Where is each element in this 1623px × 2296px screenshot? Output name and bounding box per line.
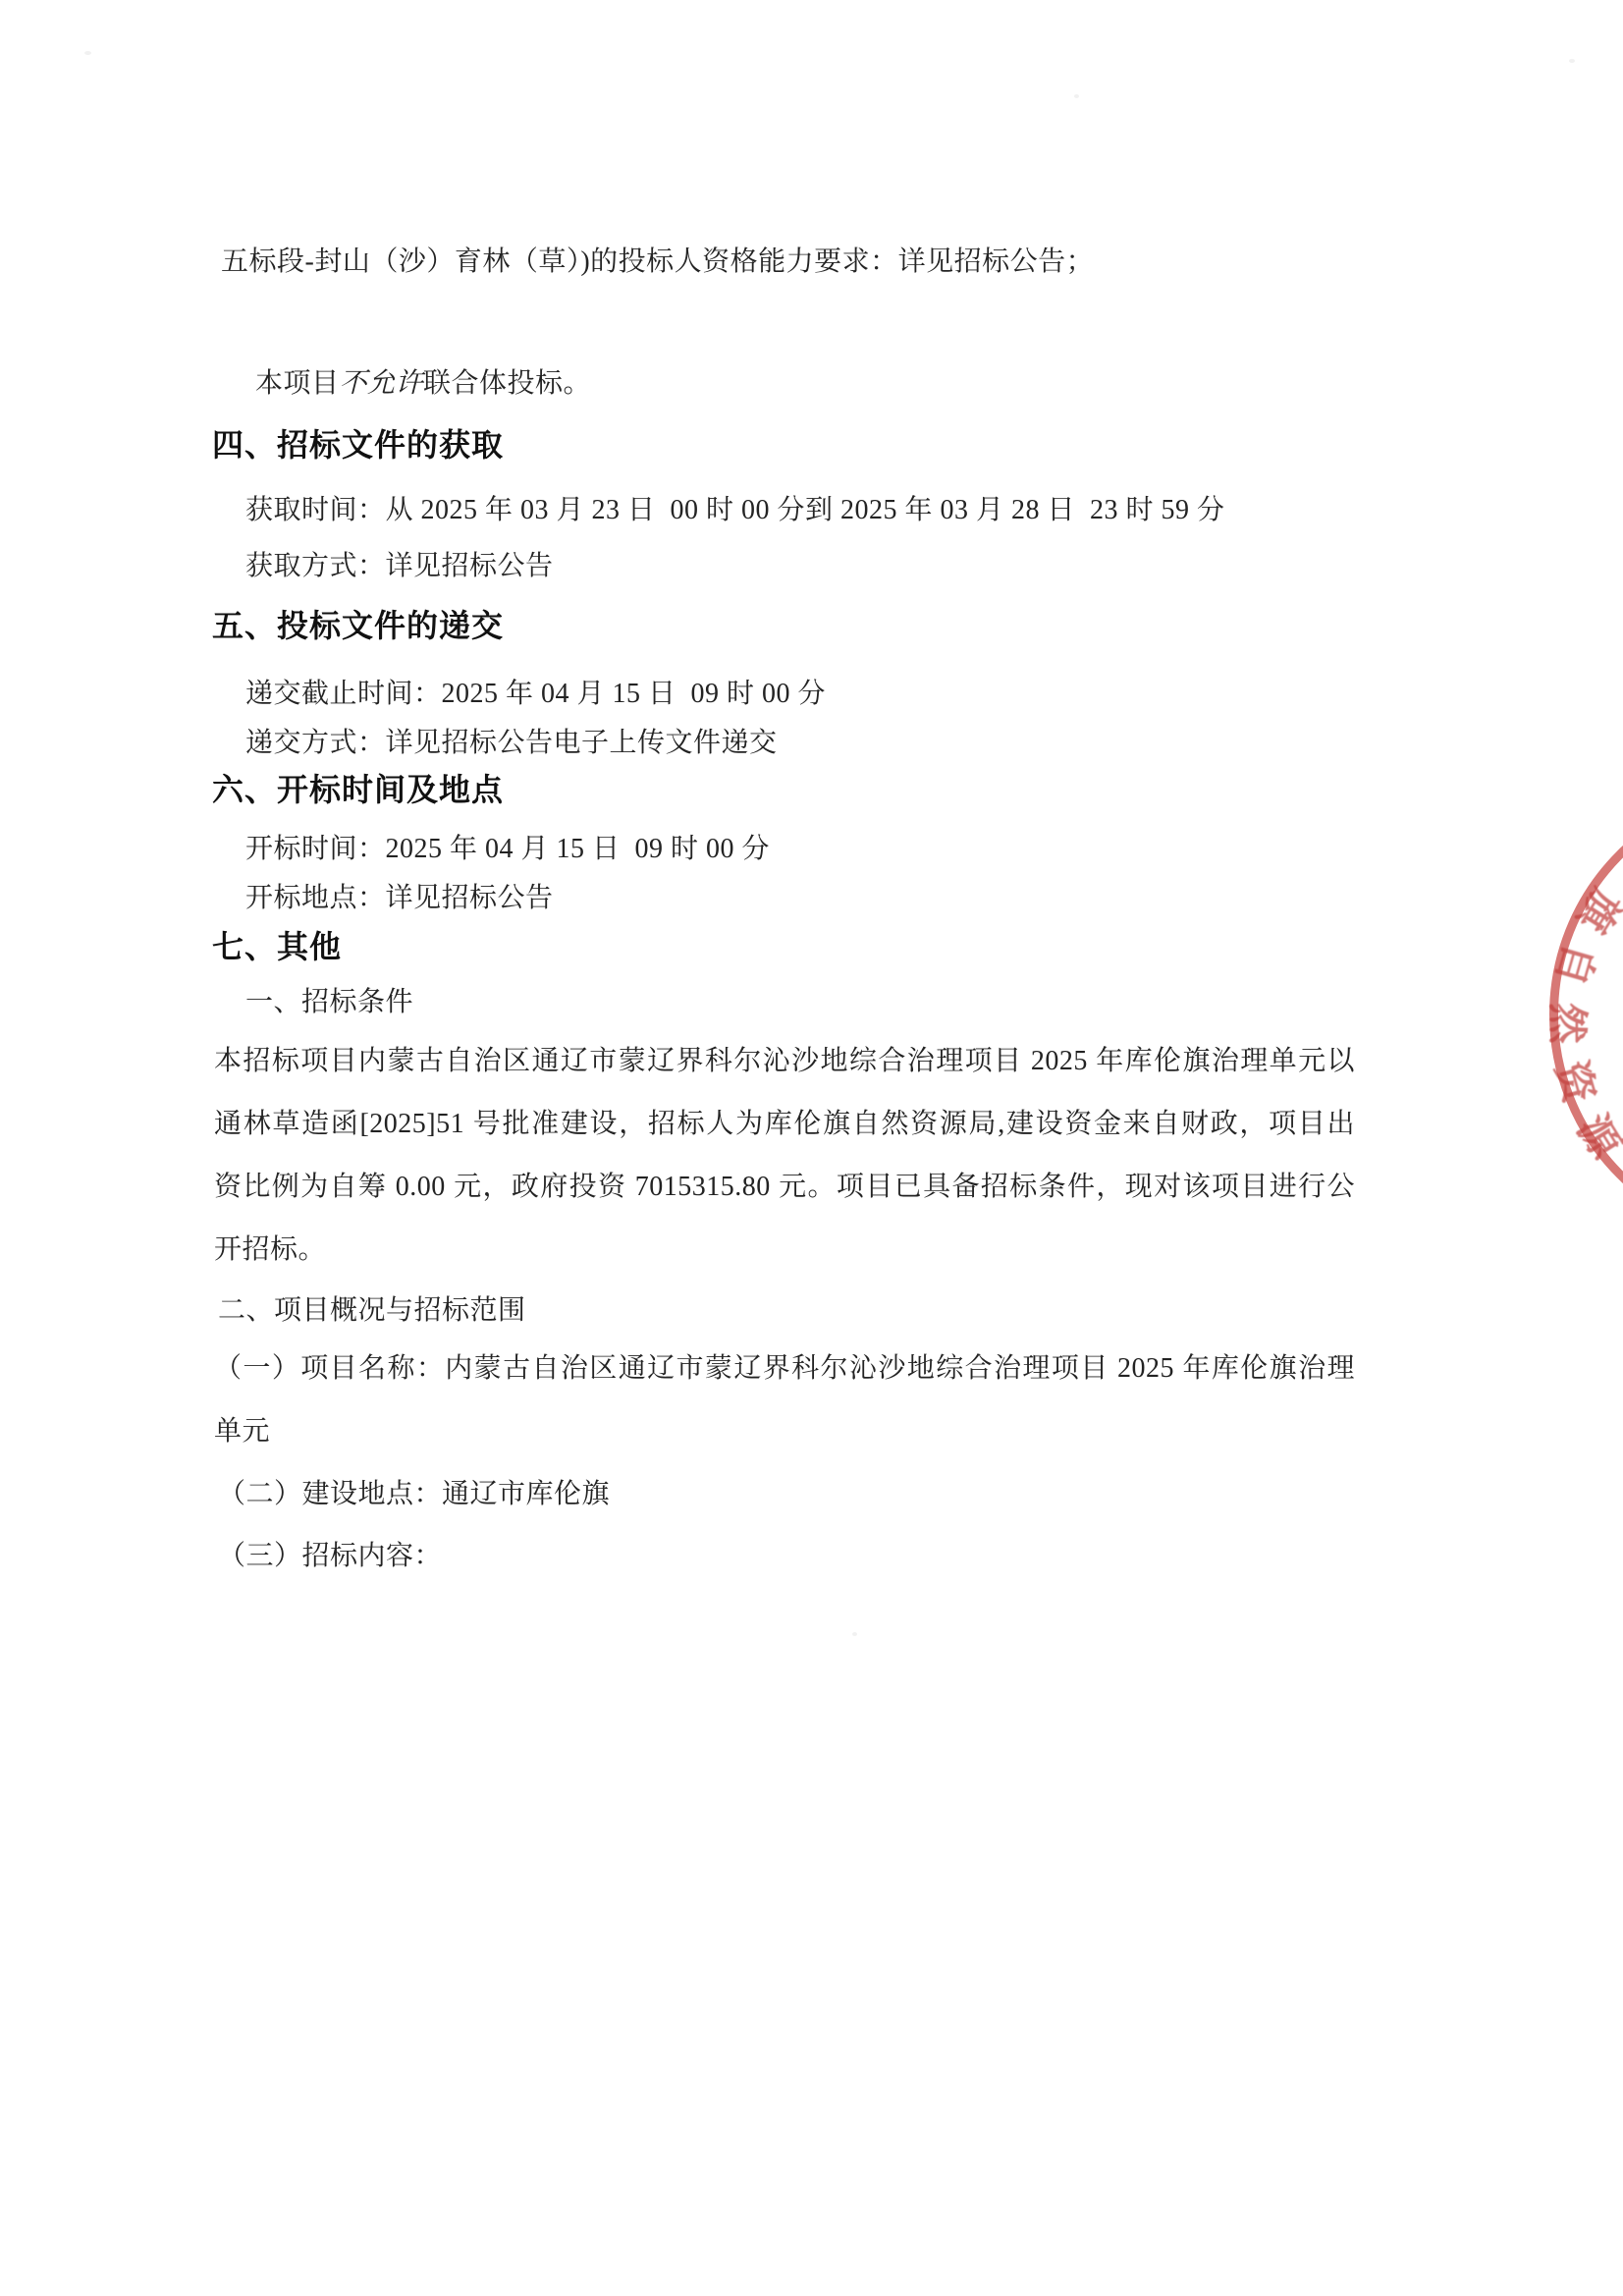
- joint-venture-statement: 本项目不允许联合体投标。: [255, 368, 591, 400]
- project-name-line-2: 单元: [214, 1400, 1355, 1463]
- obtain-method-line: 获取方式：详见招标公告: [245, 551, 554, 582]
- submission-deadline-line: 递交截止时间：2025 年 04 月 15 日 09 时 00 分: [245, 679, 826, 710]
- opening-place-line: 开标地点：详见招标公告: [245, 883, 554, 914]
- condition-line-2: 通林草造函[2025]51 号批准建设，招标人为库伦旗自然资源局,建设资金来自财…: [214, 1093, 1355, 1156]
- joint-venture-prefix: 本项目: [255, 368, 340, 399]
- bid-section-qualification-line: 五标段-封山（沙）育林（草）)的投标人资格能力要求：详见招标公告；: [221, 246, 1094, 278]
- section-heading-7: 七、其他: [212, 930, 342, 964]
- opening-time-line: 开标时间：2025 年 04 月 15 日 09 时 00 分: [245, 834, 770, 865]
- section-heading-4: 四、招标文件的获取: [212, 428, 504, 463]
- project-name-line-1: （一）项目名称：内蒙古自治区通辽市蒙辽界科尔沁沙地综合治理项目 2025 年库伦…: [214, 1338, 1355, 1400]
- section-heading-6: 六、开标时间及地点: [212, 773, 504, 807]
- scan-speck: [1569, 59, 1575, 63]
- condition-line-1: 本招标项目内蒙古自治区通辽市蒙辽界科尔沁沙地综合治理项目 2025 年库伦旗治理…: [214, 1030, 1355, 1093]
- condition-line-3: 资比例为自筹 0.00 元，政府投资 7015315.80 元。项目已具备招标条…: [214, 1156, 1355, 1219]
- submission-method-line: 递交方式：详见招标公告电子上传文件递交: [245, 728, 778, 759]
- project-name-paragraph: （一）项目名称：内蒙古自治区通辽市蒙辽界科尔沁沙地综合治理项目 2025 年库伦…: [214, 1338, 1355, 1463]
- project-overview-heading: 二、项目概况与招标范围: [218, 1295, 526, 1327]
- obtain-time-line: 获取时间：从 2025 年 03 月 23 日 00 时 00 分到 2025 …: [245, 495, 1225, 526]
- scanned-tender-document-page: 五标段-封山（沙）育林（草）)的投标人资格能力要求：详见招标公告； 本项目不允许…: [0, 0, 1623, 2296]
- scan-speck: [1074, 94, 1079, 98]
- tender-content-line: （三）招标内容：: [218, 1541, 442, 1572]
- joint-venture-emphasis: 不允许: [340, 368, 424, 399]
- tender-condition-heading: 一、招标条件: [245, 987, 413, 1018]
- scan-speck: [84, 51, 91, 55]
- red-seal-glyph-3: 然: [1541, 1003, 1599, 1044]
- construction-location-line: （二）建设地点：通辽市库伦旗: [218, 1479, 610, 1510]
- tender-condition-paragraph: 本招标项目内蒙古自治区通辽市蒙辽界科尔沁沙地综合治理项目 2025 年库伦旗治理…: [214, 1030, 1355, 1282]
- section-heading-5: 五、投标文件的递交: [212, 609, 504, 643]
- scan-speck: [852, 1632, 857, 1636]
- joint-venture-suffix: 联合体投标。: [423, 368, 591, 399]
- condition-line-4: 开招标。: [214, 1219, 1355, 1282]
